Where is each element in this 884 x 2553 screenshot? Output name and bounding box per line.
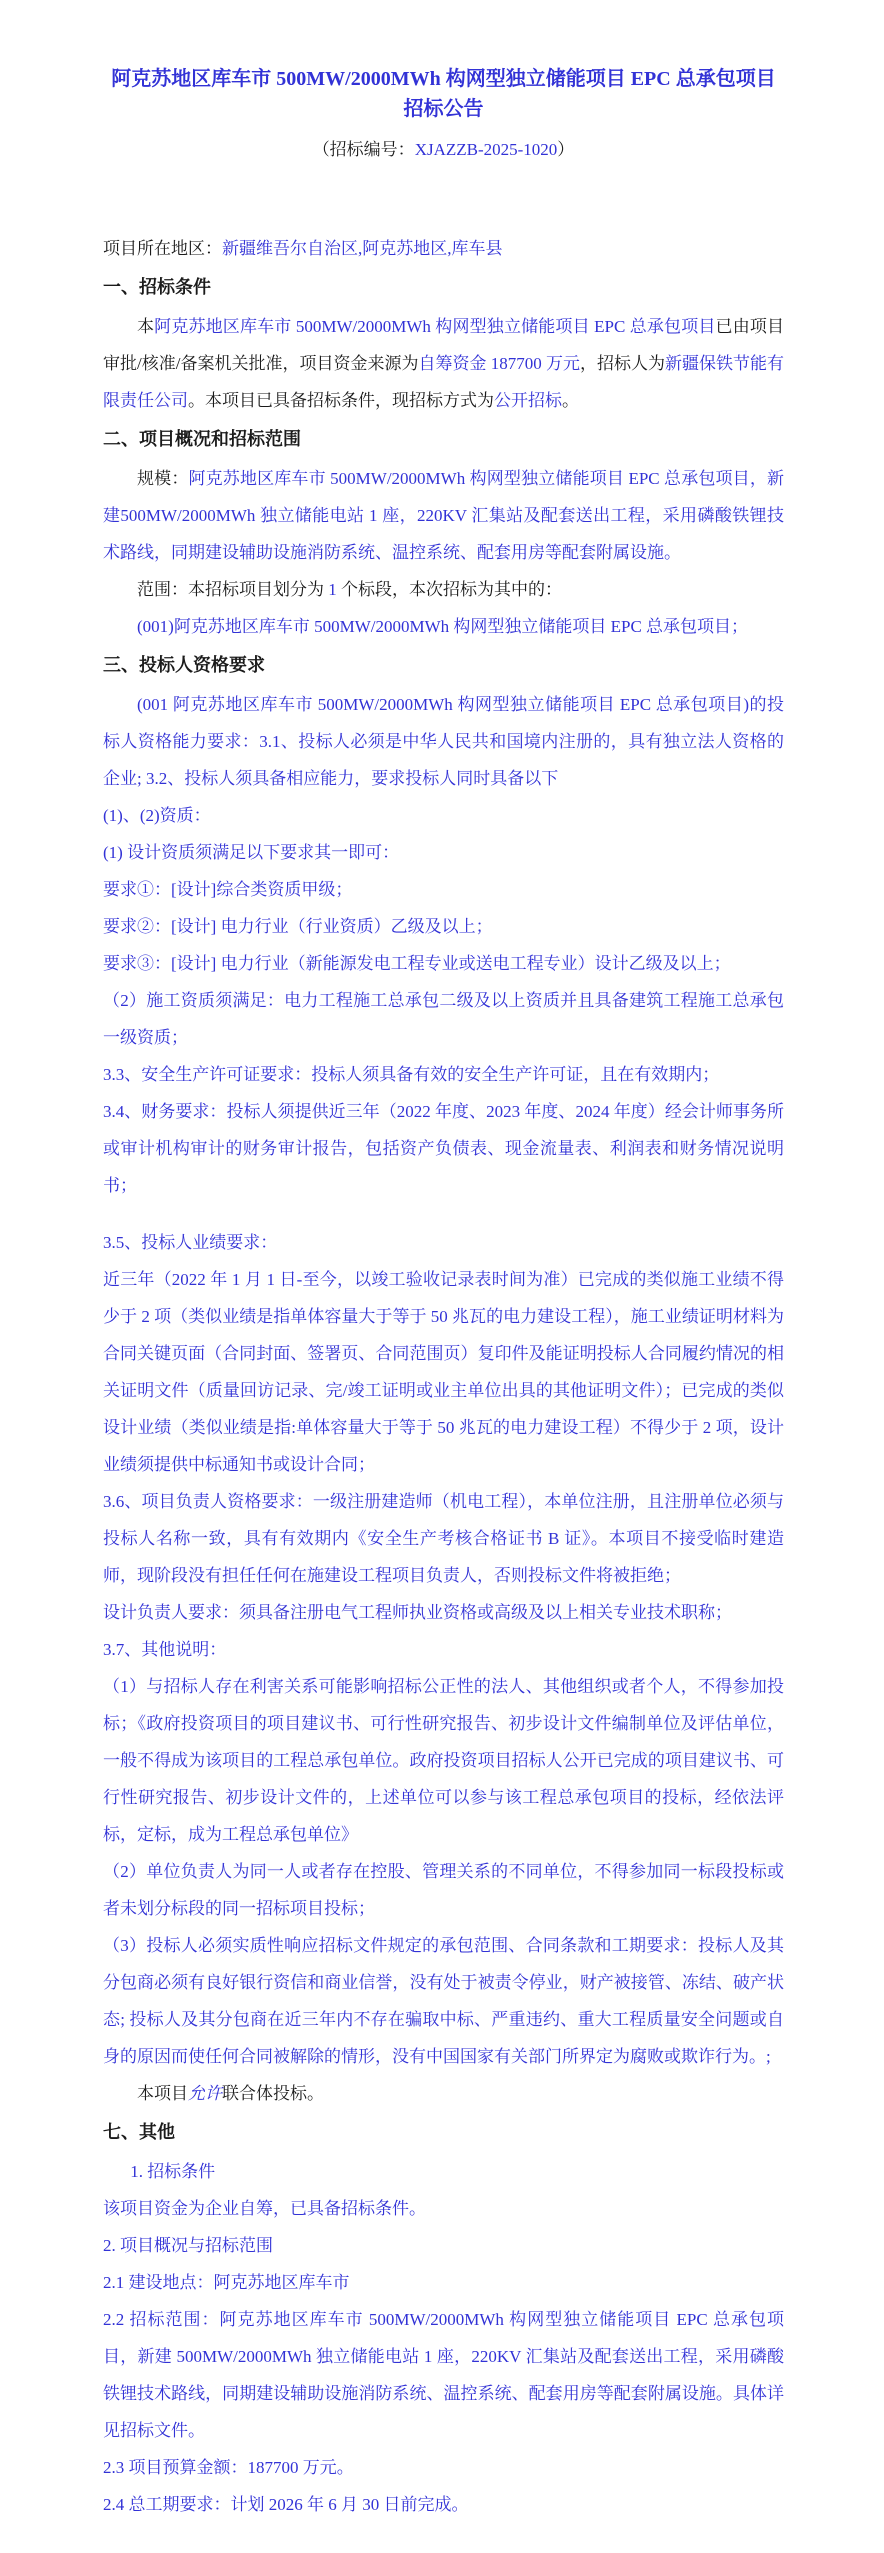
design-lead-requirement: 设计负责人要求：须具备注册电气工程师执业资格或高级及以上相关专业技术职称； — [103, 1594, 784, 1631]
other-item-2-3: 2.3 项目预算金额：187700 万元。 — [103, 2449, 784, 2486]
text-segment: 阿克苏地区库车市 500MW/2000MWh 构网型独立储能项目 EPC 总承包… — [154, 317, 715, 336]
text-segment: 要求①：[设计]综合类资质甲级； — [103, 880, 352, 899]
other-item-2-2: 2.2 招标范围：阿克苏地区库车市 500MW/2000MWh 构网型独立储能项… — [103, 2301, 784, 2449]
text-segment: 允许 — [188, 2084, 222, 2103]
other-item-1-heading: 1. 招标条件 — [103, 2153, 784, 2190]
other-funding-statement: 该项目资金为企业自筹，已具备招标条件。 — [103, 2190, 784, 2227]
text-segment: 阿克苏地区库车市 500MW/2000MWh 构网型独立储能项目 EPC 总承包… — [111, 68, 775, 120]
document-title: 阿克苏地区库车市 500MW/2000MWh 构网型独立储能项目 EPC 总承包… — [103, 64, 784, 124]
other-item-2-4: 2.4 总工期要求：计划 2026 年 6 月 30 日前完成。 — [103, 2486, 784, 2523]
text-segment: (1) 设计资质须满足以下要求其一即可： — [103, 843, 399, 862]
section-heading-3: 三、投标人资格要求 — [103, 647, 784, 684]
project-location: 项目所在地区：新疆维吾尔自治区,阿克苏地区,库车县 — [103, 230, 784, 267]
other-note-2: （2）单位负责人为同一人或者存在控股、管理关系的不同单位，不得参加同一标段投标或… — [103, 1853, 784, 1927]
text-segment: 联合体投标。 — [222, 2084, 324, 2103]
design-requirement-1: 要求①：[设计]综合类资质甲级； — [103, 871, 784, 908]
text-segment: 。本项目已具备招标条件，现招标方式为 — [188, 391, 494, 410]
text-segment: 3.3、安全生产许可证要求：投标人须具备有效的安全生产许可证，且在有效期内； — [103, 1065, 719, 1084]
design-qualification-intro: (1) 设计资质须满足以下要求其一即可： — [103, 834, 784, 871]
text-segment: 自筹资金 187700 万元 — [418, 354, 580, 373]
section-heading-1: 一、招标条件 — [103, 269, 784, 306]
text-segment: 2. 项目概况与招标范围 — [103, 2236, 273, 2255]
text-segment: 一、招标条件 — [103, 277, 211, 297]
other-item-2-heading: 2. 项目概况与招标范围 — [103, 2227, 784, 2264]
section-heading-2: 二、项目概况和招标范围 — [103, 421, 784, 458]
scale-paragraph: 规模：阿克苏地区库车市 500MW/2000MWh 构网型独立储能项目 EPC … — [103, 460, 784, 571]
text-segment: 。 — [562, 391, 579, 410]
other-item-2-1: 2.1 建设地点：阿克苏地区库车市 — [103, 2264, 784, 2301]
text-segment: 2.3 项目预算金额：187700 万元。 — [103, 2458, 354, 2477]
text-segment: 规模： — [137, 469, 188, 488]
other-note-3: （3）投标人必须实质性响应招标文件规定的承包范围、合同条款和工期要求：投标人及其… — [103, 1927, 784, 2075]
text-segment: 3.6、项目负责人资格要求：一级注册建造师（机电工程），本单位注册，且注册单位必… — [103, 1492, 784, 1585]
text-segment: （2）单位负责人为同一人或者存在控股、管理关系的不同单位，不得参加同一标段投标或… — [103, 1862, 784, 1918]
scope-paragraph: 范围：本招标项目划分为 1 个标段，本次招标为其中的： — [103, 571, 784, 608]
text-segment: 项目所在地区： — [103, 239, 222, 258]
text-segment: 七、其他 — [103, 2122, 175, 2142]
qualification-intro-paragraph: (001 阿克苏地区库车市 500MW/2000MWh 构网型独立储能项目 EP… — [103, 686, 784, 797]
qualification-1-2-heading: (1)、(2)资质： — [103, 797, 784, 834]
design-requirement-2: 要求②：[设计] 电力行业（行业资质）乙级及以上； — [103, 908, 784, 945]
text-segment: 3.4、财务要求：投标人须提供近三年（2022 年度、2023 年度、2024 … — [103, 1102, 784, 1195]
text-segment: 2.1 建设地点：阿克苏地区库车市 — [103, 2273, 350, 2292]
section-heading-7: 七、其他 — [103, 2114, 784, 2151]
text-segment: (1)、(2)资质： — [103, 806, 211, 825]
text-segment: 要求②：[设计] 电力行业（行业资质）乙级及以上； — [103, 917, 493, 936]
text-segment: ） — [557, 140, 574, 159]
text-segment: ，招标人为 — [580, 354, 665, 373]
other-note-1: （1）与招标人存在利害关系可能影响招标公正性的法人、其他组织或者个人，不得参加投… — [103, 1668, 784, 1853]
text-segment: 该项目资金为企业自筹，已具备招标条件。 — [103, 2199, 426, 2218]
construction-qualification: （2）施工资质须满足：电力工程施工总承包二级及以上资质并且具备建筑工程施工总承包… — [103, 982, 784, 1056]
text-segment: 阿克苏地区库车市 500MW/2000MWh 构网型独立储能项目 EPC 总承包… — [103, 469, 784, 562]
text-segment: XJAZZB-2025-1020 — [415, 140, 558, 159]
text-segment: 2.4 总工期要求：计划 2026 年 6 月 30 日前完成。 — [103, 2495, 469, 2514]
safety-license-requirement: 3.3、安全生产许可证要求：投标人须具备有效的安全生产许可证，且在有效期内； — [103, 1056, 784, 1093]
text-segment: 1 — [328, 580, 337, 599]
financial-requirement: 3.4、财务要求：投标人须提供近三年（2022 年度、2023 年度、2024 … — [103, 1093, 784, 1204]
performance-requirement-heading: 3.5、投标人业绩要求： — [103, 1224, 784, 1261]
other-notes-heading: 3.7、其他说明： — [103, 1631, 784, 1668]
text-segment: 二、项目概况和招标范围 — [103, 429, 301, 449]
text-segment: 范围：本招标项目划分为 — [137, 580, 328, 599]
document-body: 阿克苏地区库车市 500MW/2000MWh 构网型独立储能项目 EPC 总承包… — [0, 0, 884, 2553]
text-segment: 三、投标人资格要求 — [103, 655, 265, 675]
tender-conditions-paragraph: 本阿克苏地区库车市 500MW/2000MWh 构网型独立储能项目 EPC 总承… — [103, 308, 784, 419]
project-manager-requirement: 3.6、项目负责人资格要求：一级注册建造师（机电工程），本单位注册，且注册单位必… — [103, 1483, 784, 1594]
text-segment: 新疆维吾尔自治区,阿克苏地区,库车县 — [222, 239, 503, 258]
lot-001-paragraph: (001)阿克苏地区库车市 500MW/2000MWh 构网型独立储能项目 EP… — [103, 608, 784, 645]
performance-requirement-detail: 近三年（2022 年 1 月 1 日-至今，以竣工验收记录表时间为准）已完成的类… — [103, 1261, 784, 1483]
text-segment: 近三年（2022 年 1 月 1 日-至今，以竣工验收记录表时间为准）已完成的类… — [103, 1270, 784, 1474]
text-segment: 公开招标 — [494, 391, 562, 410]
text-segment: 设计负责人要求：须具备注册电气工程师执业资格或高级及以上相关专业技术职称； — [103, 1603, 732, 1622]
text-segment: 1. 招标条件 — [130, 2162, 215, 2181]
text-segment: （3）投标人必须实质性响应招标文件规定的承包范围、合同条款和工期要求：投标人及其… — [103, 1936, 784, 2066]
text-segment: 要求③：[设计] 电力行业（新能源发电工程专业或送电工程专业）设计乙级及以上； — [103, 954, 731, 973]
tender-number: （招标编号：XJAZZB-2025-1020） — [103, 136, 784, 164]
design-requirement-3: 要求③：[设计] 电力行业（新能源发电工程专业或送电工程专业）设计乙级及以上； — [103, 945, 784, 982]
text-segment: (001 阿克苏地区库车市 500MW/2000MWh 构网型独立储能项目 EP… — [103, 695, 784, 788]
text-segment: 3.5、投标人业绩要求： — [103, 1233, 277, 1252]
text-segment: （1）与招标人存在利害关系可能影响招标公正性的法人、其他组织或者个人，不得参加投… — [103, 1677, 784, 1844]
text-segment: 本 — [137, 317, 154, 336]
text-segment: (001)阿克苏地区库车市 500MW/2000MWh 构网型独立储能项目 EP… — [137, 617, 748, 636]
text-segment: 个标段，本次招标为其中的： — [337, 580, 562, 599]
text-segment: 3.7、其他说明： — [103, 1640, 226, 1659]
consortium-statement: 本项目允许联合体投标。 — [103, 2075, 784, 2112]
text-segment: 2.2 招标范围：阿克苏地区库车市 500MW/2000MWh 构网型独立储能项… — [103, 2310, 784, 2440]
text-segment: （2）施工资质须满足：电力工程施工总承包二级及以上资质并且具备建筑工程施工总承包… — [103, 991, 784, 1047]
text-segment: （招标编号： — [313, 140, 415, 159]
text-segment: 本项目 — [137, 2084, 188, 2103]
